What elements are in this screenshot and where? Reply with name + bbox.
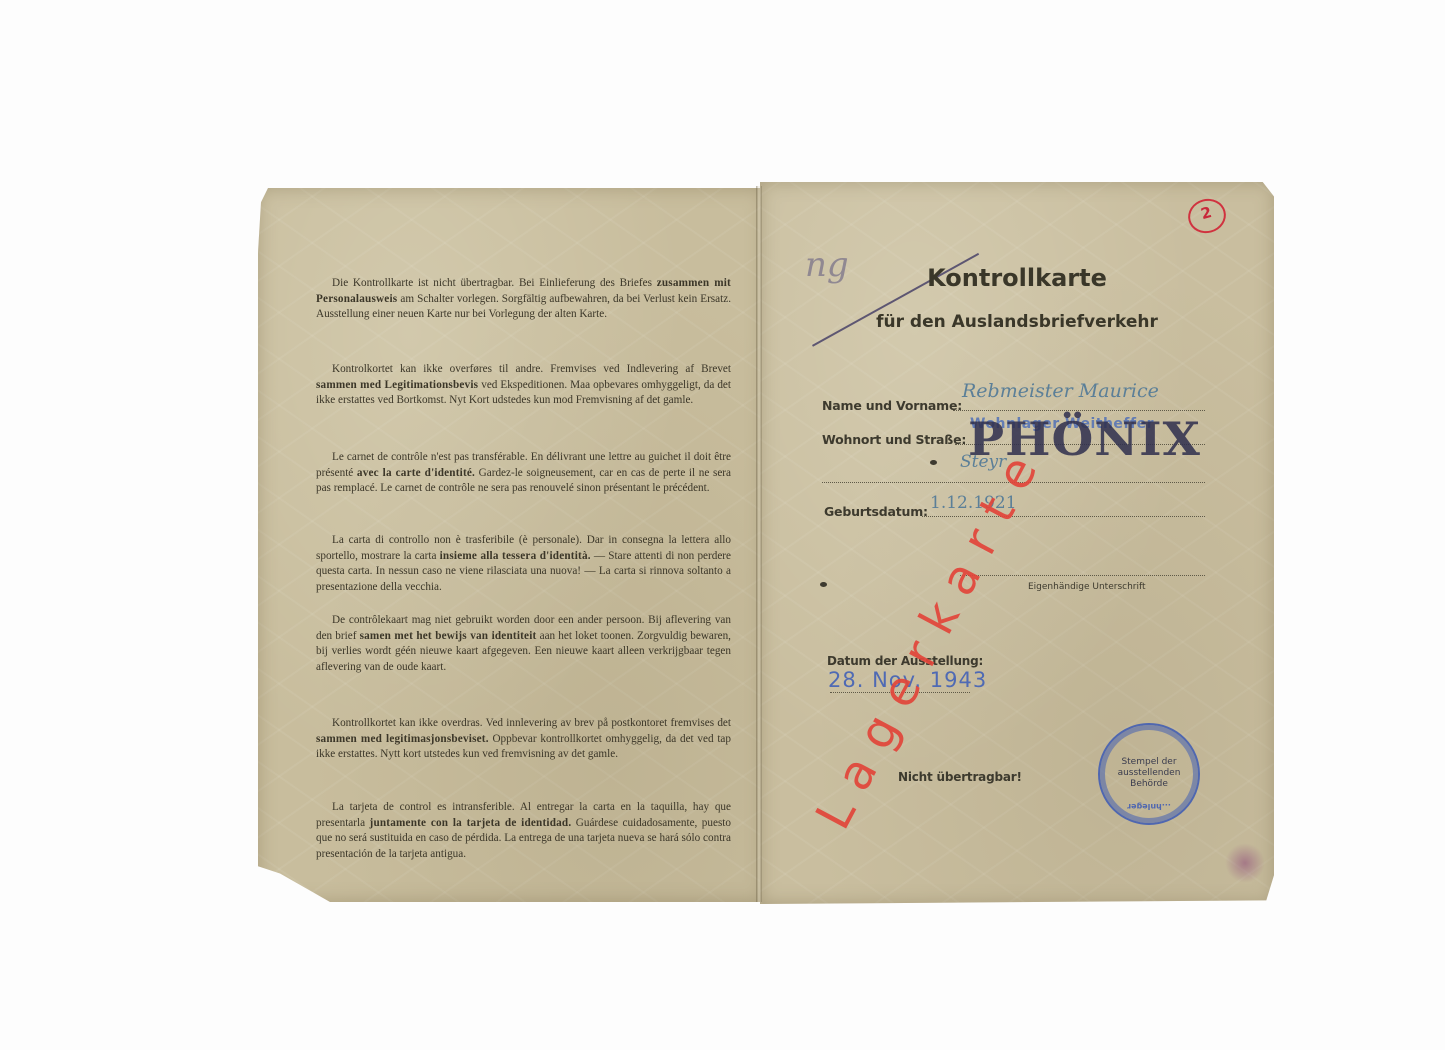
card-title: Kontrollkarte xyxy=(760,264,1274,292)
instruction-paragraph-fr: Le carnet de contrôle n'est pas transfér… xyxy=(316,450,731,497)
emphasis-text: insieme alla tessera d'identità. xyxy=(440,550,591,562)
emphasis-text: sammen med Legitimationsbevis xyxy=(316,379,478,391)
emphasis-text: samen met het bewijs van identiteit xyxy=(360,630,537,642)
name-label: Name und Vorname: xyxy=(822,398,962,413)
ink-spot xyxy=(820,582,827,587)
card-subtitle: für den Auslandsbriefverkehr xyxy=(760,312,1274,332)
emphasis-text: avec la carte d'identité. xyxy=(357,467,475,479)
signature-caption: Eigenhändige Unterschrift xyxy=(1028,582,1146,592)
address-label: Wohnort und Straße: xyxy=(822,432,966,447)
instruction-paragraph-no: Kontrollkortet kan ikke overdras. Ved in… xyxy=(316,716,731,763)
instruction-paragraph-de: Die Kontrollkarte ist nicht übertragbar.… xyxy=(316,276,731,323)
emphasis-text: sammen med legitimasjonsbeviset. xyxy=(316,733,489,745)
instruction-paragraph-it: La carta di controllo non è trasferibile… xyxy=(316,533,731,595)
authority-seal: Stempel der ausstellenden Behörde ...hnl… xyxy=(1098,723,1200,825)
instruction-paragraph-es: La tarjeta de control es intransferible.… xyxy=(316,800,731,862)
instruction-paragraph-da: Kontrolkortet kan ikke overføres til and… xyxy=(316,362,731,409)
name-line xyxy=(953,410,1205,411)
instruction-paragraph-nl: De contrôlekaart mag niet gebruikt worde… xyxy=(316,613,731,675)
signature-line xyxy=(960,575,1205,576)
center-fold xyxy=(756,186,762,902)
birthdate-label: Geburtsdatum: xyxy=(824,504,928,519)
ink-spot xyxy=(930,460,937,465)
seal-ring-text: ...hnleger xyxy=(1100,802,1198,811)
emphasis-text: zusammen mit Personalausweis xyxy=(316,277,731,305)
name-value: Rebmeister Maurice xyxy=(962,380,1159,402)
ink-smudge xyxy=(1225,843,1265,883)
not-transferable-note: Nicht übertragbar! xyxy=(898,770,1022,784)
emphasis-text: juntamente con la tarjeta de identidad. xyxy=(370,817,572,829)
seal-center-text: Stempel der ausstellenden Behörde xyxy=(1100,757,1198,790)
